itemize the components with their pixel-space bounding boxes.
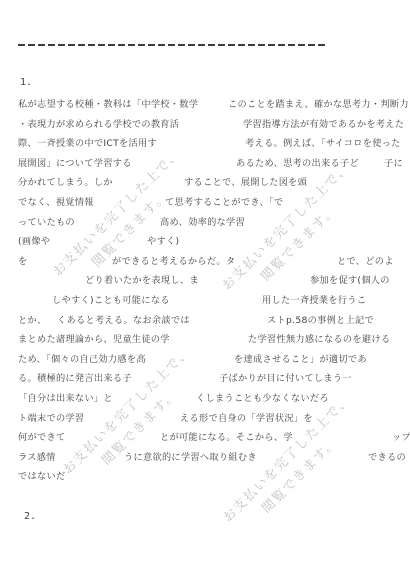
text-fragment: ができると考えるからだ。タ (112, 257, 235, 267)
text-fragment: ・表現力が求められる学校での教育活 (18, 120, 179, 130)
text-fragment: ではないだ (18, 472, 65, 482)
text-fragment: とが可能になる。そこから、学 (160, 433, 293, 443)
text-fragment: することで、展開した図を頭 (184, 178, 307, 188)
text-fragment: ップ (392, 433, 410, 443)
text-fragment: 学習指導方法が有効であるかを考えた (243, 120, 404, 130)
text-fragment: た学習性無力感になるのを避ける (248, 335, 390, 345)
text-fragment: 参加を促す(個人の (310, 276, 390, 286)
text-fragment: くしまうことも少なくないだろ (196, 394, 329, 404)
watermark-line2: 閲覧できます。 (256, 174, 368, 286)
text-fragment: 何ができて (18, 433, 65, 443)
text-fragment: ト端末での学習 (18, 414, 84, 424)
text-fragment: る。積極的に発言出来る子 (18, 374, 132, 384)
text-fragment: 展開図」について学習する (18, 159, 132, 169)
text-fragment: あるため、思考の出来る子ど (236, 159, 359, 169)
text-fragment: まとめた諸理論から、児童生徒の学 (18, 335, 170, 345)
text-fragment: 子ばかりが目に付いてしまう一 (219, 374, 352, 384)
text-fragment: ラス感情 (18, 453, 56, 463)
section-2-number: 2. (24, 511, 36, 522)
text-fragment: うに意欲的に学習へ取り組むき (124, 453, 257, 463)
text-fragment: くあると考える。なお余談では (57, 316, 190, 326)
text-fragment: とか、 (18, 316, 46, 326)
text-fragment: 私が志望する校種・教科は「中学校・数学 (18, 100, 198, 110)
text-fragment: (画像や (18, 237, 50, 247)
text-fragment: ため、「個々の自己効力感を高 (18, 355, 146, 365)
text-fragment: できるの (368, 453, 406, 463)
text-fragment: でなく、視覚情報 (18, 198, 94, 208)
text-fragment: このことを踏まえ、確かな思考力・判断力 (228, 100, 409, 110)
text-fragment: える形で自身の「学習状況」を (180, 414, 313, 424)
document-page: 1. 私が志望する校種・教科は「中学校・数学このことを踏まえ、確かな思考力・判断… (0, 0, 410, 580)
text-fragment: を達成させること」が適切であ (234, 355, 367, 365)
text-fragment: 「自分は出来ない」と (18, 394, 113, 404)
text-fragment: っていたもの (18, 218, 75, 228)
text-fragment: 子に (384, 159, 403, 169)
text-fragment: を (18, 257, 28, 267)
dashed-divider (18, 44, 327, 46)
text-fragment: 際、一斉授業の中でICTを活用す (18, 139, 157, 149)
text-fragment: やすく) (147, 237, 179, 247)
text-fragment: ストp.58の事例と上記で (267, 316, 374, 326)
text-fragment: 高め、効率的な学習 (160, 218, 245, 228)
section-1-number: 1. (20, 77, 32, 88)
text-fragment: 用した一斉授業を行うこ (262, 296, 366, 306)
text-fragment: て思考することができ、「で (165, 198, 283, 208)
text-fragment: とで、どのよ (337, 257, 394, 267)
text-fragment: どり着いたかを表現し、ま (85, 276, 199, 286)
text-fragment: 分かれてしまう。しか (18, 178, 113, 188)
text-fragment: 考える。例えば、「サイコロを使った (245, 139, 401, 149)
text-fragment: しやすく)ことも可能になる (52, 296, 170, 306)
